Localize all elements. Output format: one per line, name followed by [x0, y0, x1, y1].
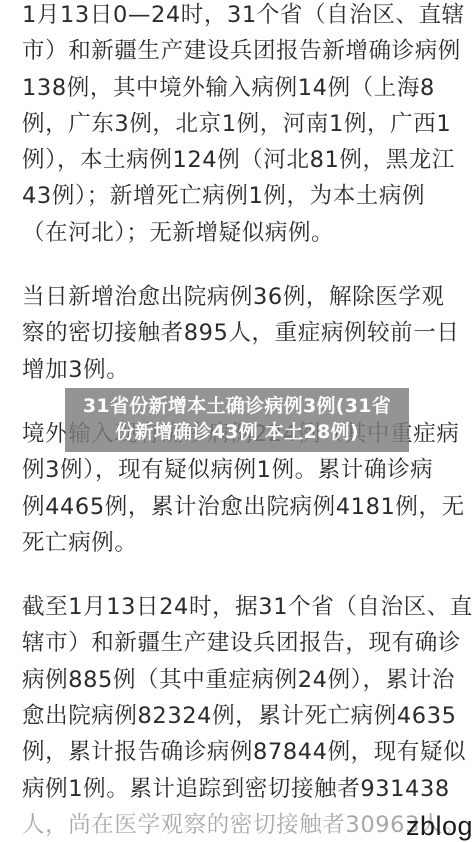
text-line: （在河北）；无新增疑似病例。 [22, 215, 456, 251]
text-line: 增加3例。 [22, 352, 456, 388]
text-line: 138例，其中境外输入病例14例（上海8 [22, 70, 456, 106]
paragraph-daily-recoveries: 当日新增治愈出院病例36例，解除医学观 察的密切接触者895人，重症病例较前一日… [22, 279, 456, 388]
paragraph-cumulative-totals: 截至1月13日24时，据31个省（自治区、直 辖市）和新疆生产建设兵团报告，现有… [22, 589, 456, 842]
text-line: 辖市）和新疆生产建设兵团报告，现有确诊 [22, 625, 456, 661]
text-line: 例，累计报告确诊病例87844例，现有疑似 [22, 734, 456, 770]
watermark-logo: zblog [406, 813, 473, 840]
overlay-title-line-1: 31省份新增本土确诊病例3例(31省 [65, 393, 409, 419]
text-line: 例4465例，累计治愈出院病例4181例，无 [22, 489, 456, 525]
text-line: 例），本土病例124例（河北81例，黑龙江 [22, 142, 456, 178]
paragraph-daily-new-cases: 1月13日0—24时，31个省（自治区、直辖 市）和新疆生产建设兵团报告新增确诊… [22, 0, 456, 251]
text-line: 当日新增治愈出院病例36例，解除医学观 [22, 279, 456, 315]
text-line: 例，广东3例，北京1例，河南1例，广西1 [22, 106, 456, 142]
text-line: 截至1月13日24时，据31个省（自治区、直 [22, 589, 456, 625]
text-line: 43例）；新增死亡病例1例，为本土病例 [22, 178, 456, 214]
text-line: 察的密切接触者895人，重症病例较前一日 [22, 315, 456, 351]
text-line: 市）和新疆生产建设兵团报告新增确诊病例 [22, 33, 456, 69]
text-line: 病例885例（其中重症病例24例），累计治 [22, 662, 456, 698]
overlay-title-line-2: 份新增确诊43例 本土28例) [65, 419, 409, 445]
text-line: 病例1例。累计追踪到密切接触者931438 [22, 771, 456, 807]
headline-overlay: 31省份新增本土确诊病例3例(31省 份新增确诊43例 本土28例) [65, 388, 409, 452]
text-line: 愈出院病例82324例，累计死亡病例4635 [22, 698, 456, 734]
text-line: 例3例），现有疑似病例1例。累计确诊病 [22, 452, 456, 488]
text-line-faded: 人，尚在医学观察的密切接触者30963人。 [22, 807, 456, 842]
text-line: 1月13日0—24时，31个省（自治区、直辖 [22, 0, 456, 33]
text-line: 死亡病例。 [22, 525, 456, 561]
